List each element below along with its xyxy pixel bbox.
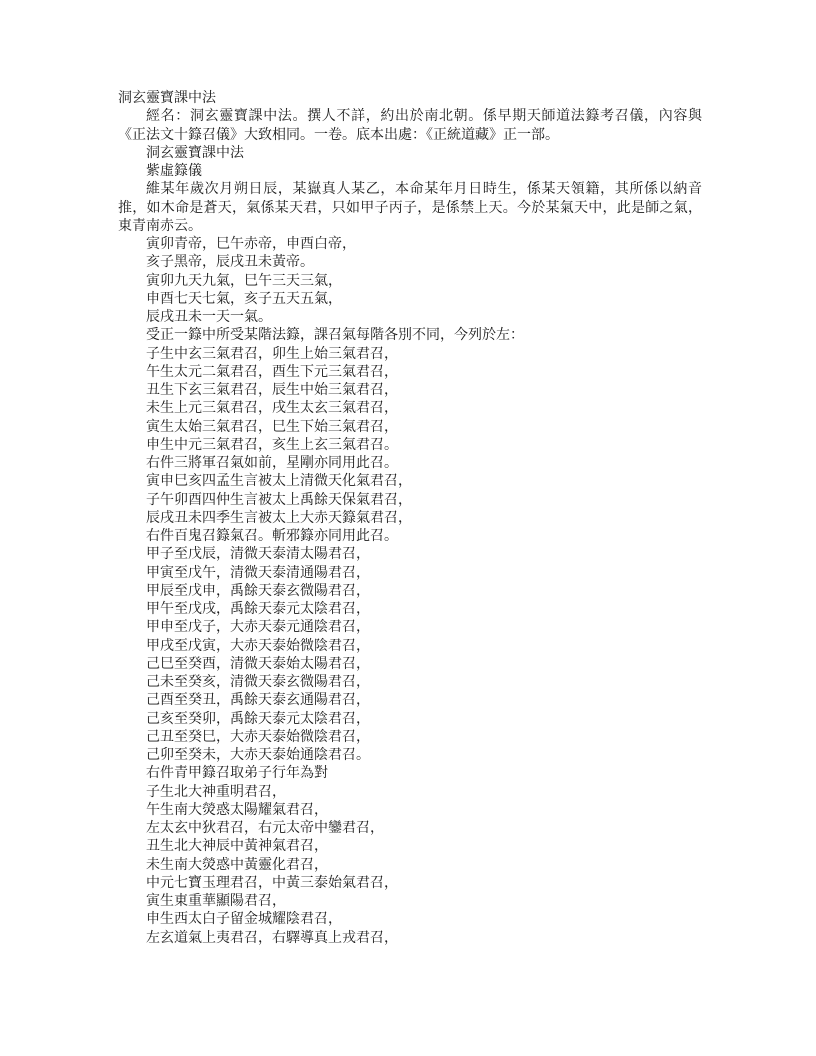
verse-line: 右件青甲籙召取弟子行年為對 [118,764,702,782]
verse-line: 未生上元三氣君召，戌生太玄三氣君召， [118,399,702,417]
verse-line: 己巳至癸酉，清微天泰始太陽君召， [118,655,702,673]
verse-line: 申酉七天七氣，亥子五天五氣， [118,290,702,308]
verse-line: 右件百鬼召籙氣召。斬邪籙亦同用此召。 [118,527,702,545]
verse-line: 己丑至癸巳，大赤天泰始微陰君召， [118,728,702,746]
verse-line: 右件三將軍召氣如前，星剛亦同用此召。 [118,454,702,472]
opening-paragraph: 維某年歲次月朔日辰，某嶽真人某乙，本命某年月日時生，係某天領籍，其所係以納音推，… [118,180,702,235]
verse-line: 辰戌丑未一天一氣。 [118,308,702,326]
verse-line: 左太玄中狄君召，右元太帝中鑾君召， [118,819,702,837]
verse-line: 甲辰至戊申，禹餘天泰玄微陽君召， [118,582,702,600]
verse-line: 丑生下玄三氣君召，辰生中始三氣君召， [118,381,702,399]
verse-line: 午生太元二氣君召，酉生下元三氣君召， [118,363,702,381]
verse-line: 受正一籙中所受某階法籙，課召氣每階各別不同，今列於左： [118,326,702,344]
intro-paragraph: 經名：洞玄靈寶課中法。撰人不詳，約出於南北朝。係早期天師道法籙考召儀，內容與《正… [118,107,702,144]
verse-line: 子生中玄三氣君召，卯生上始三氣君召， [118,345,702,363]
verse-line: 午生南大熒惑太陽耀氣君召， [118,801,702,819]
verse-line: 寅申巳亥四孟生言被太上清微天化氣君召， [118,472,702,490]
document-page: 洞玄靈寶課中法 經名：洞玄靈寶課中法。撰人不詳，約出於南北朝。係早期天師道法籙考… [118,89,702,947]
verse-line: 丑生北大神辰中黃神氣君召， [118,837,702,855]
verse-line: 辰戌丑未四季生言被太上大赤天籙氣君召， [118,509,702,527]
verse-line: 子午卯酉四仲生言被太上禹餘天保氣君召， [118,491,702,509]
verse-line: 甲戌至戊寅，大赤天泰始微陰君召， [118,637,702,655]
section-heading: 紫虛籙儀 [118,162,702,180]
verse-line: 己未至癸亥，清微天泰玄微陽君召， [118,673,702,691]
verse-line: 寅生東重華顯陽君召， [118,892,702,910]
verse-line: 甲申至戊子，大赤天泰元通陰君召， [118,618,702,636]
verse-line: 甲子至戊辰，清微天泰清太陽君召， [118,545,702,563]
verse-line: 子生北大神重明君召， [118,783,702,801]
verse-line: 甲寅至戊午，清微天泰清通陽君召， [118,564,702,582]
verse-line: 中元七寶玉理君召，中黃三泰始氣君召， [118,874,702,892]
verse-line: 己酉至癸丑，禹餘天泰玄通陽君召， [118,691,702,709]
verse-line: 甲午至戊戌，禹餘天泰元太陰君召， [118,600,702,618]
verse-line: 寅生太始三氣君召，巳生下始三氣君召， [118,418,702,436]
verse-list: 寅卯青帝，巳午赤帝，申酉白帝， 亥子黑帝，辰戌丑未黃帝。 寅卯九天九氣，巳午三天… [118,235,702,947]
verse-line: 申生西太白子留金城耀陰君召， [118,910,702,928]
document-subtitle: 洞玄靈寶課中法 [118,144,702,162]
verse-line: 己亥至癸卯，禹餘天泰元太陰君召， [118,710,702,728]
verse-line: 寅卯九天九氣，巳午三天三氣， [118,272,702,290]
verse-line: 寅卯青帝，巳午赤帝，申酉白帝， [118,235,702,253]
document-title: 洞玄靈寶課中法 [118,89,702,107]
verse-line: 己卯至癸未，大赤天泰始通陰君召。 [118,746,702,764]
verse-line: 左玄道氣上夷君召，右驛導真上戎君召， [118,929,702,947]
verse-line: 亥子黑帝，辰戌丑未黃帝。 [118,253,702,271]
verse-line: 未生南大熒惑中黃靈化君召， [118,856,702,874]
verse-line: 申生中元三氣君召，亥生上玄三氣君召。 [118,436,702,454]
